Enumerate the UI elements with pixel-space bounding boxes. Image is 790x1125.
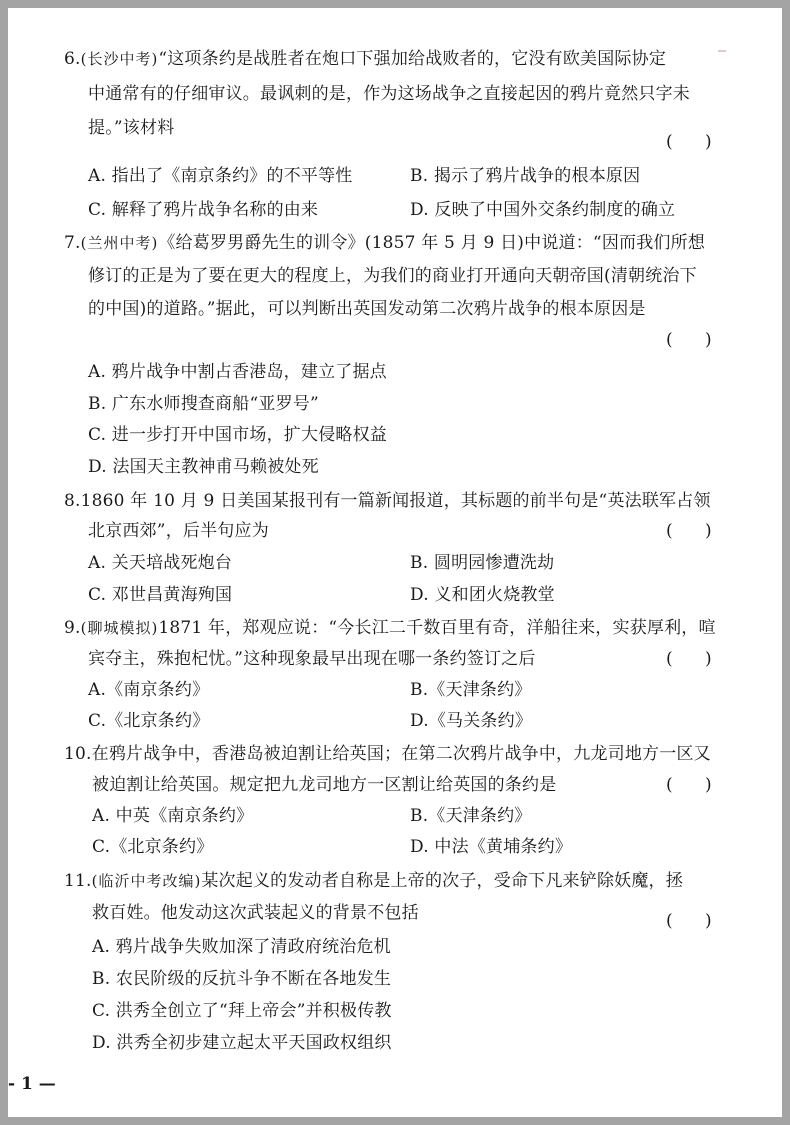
answer-blank[interactable]: ( ) — [666, 330, 712, 350]
answer-blank[interactable]: ( ) — [666, 521, 712, 541]
scan-mark — [718, 50, 726, 52]
question-8-line-1: 8.1860 年 10 月 9 日美国某报刊有一篇新闻报道，其标题的前半句是“英… — [64, 491, 711, 511]
option-a[interactable]: A. 鸦片战争中割占香港岛，建立了据点 — [88, 362, 387, 382]
question-9-line-1: 9.(聊城模拟)1871 年，郑观应说：“今长江二千数百里有奇，洋船往来，实获厚… — [64, 618, 716, 638]
question-number: 6. — [64, 49, 81, 69]
question-number: 8. — [64, 491, 81, 511]
option-a[interactable]: A.《南京条约》 — [88, 680, 209, 700]
question-source: (聊城模拟) — [81, 619, 159, 637]
option-d[interactable]: D. 洪秀全初步建立起太平天国政权组织 — [92, 1033, 392, 1053]
option-c[interactable]: C.《北京条约》 — [92, 837, 213, 857]
question-7-line-1: 7.(兰州中考)《给葛罗男爵先生的训令》(1857 年 5 月 9 日)中说道：… — [64, 233, 705, 253]
question-text: “这项条约是战胜者在炮口下强加给战败者的，它没有欧美国际协定 — [158, 49, 666, 69]
question-10-line-1: 10.在鸦片战争中，香港岛被迫割让给英国；在第二次鸦片战争中，九龙司地方一区又 — [64, 744, 711, 764]
answer-blank[interactable]: ( ) — [666, 775, 712, 795]
question-source: (临沂中考改编) — [92, 872, 202, 890]
question-text: 在鸦片战争中，香港岛被迫割让给英国；在第二次鸦片战争中，九龙司地方一区又 — [92, 744, 711, 764]
question-11-line-1: 11.(临沂中考改编)某次起义的发动者自称是上帝的次子，受命下凡来铲除妖魔，拯 — [64, 871, 683, 891]
option-d[interactable]: D. 反映了中国外交条约制度的确立 — [410, 200, 675, 220]
option-c[interactable]: C. 解释了鸦片战争名称的由来 — [88, 200, 318, 220]
option-a[interactable]: A. 中英《南京条约》 — [92, 806, 253, 826]
question-number: 11. — [64, 871, 92, 891]
question-6-line-3: 提。”该材料 — [88, 118, 174, 138]
question-11-line-2: 救百姓。他发动这次武装起义的背景不包括 — [92, 903, 419, 923]
option-a[interactable]: A. 指出了《南京条约》的不平等性 — [88, 166, 352, 186]
answer-blank[interactable]: ( ) — [666, 132, 712, 152]
question-number: 7. — [64, 233, 81, 253]
question-source: (兰州中考) — [81, 234, 159, 252]
option-b[interactable]: B. 广东水师搜查商船“亚罗号” — [88, 394, 319, 414]
option-c[interactable]: C. 邓世昌黄海殉国 — [88, 585, 232, 605]
option-b[interactable]: B.《天津条约》 — [410, 680, 532, 700]
option-a[interactable]: A. 鸦片战争失败加深了清政府统治危机 — [92, 937, 391, 957]
question-source: (长沙中考) — [81, 50, 159, 68]
question-10-line-2: 被迫割让给英国。规定把九龙司地方一区割让给英国的条约是 — [92, 775, 556, 795]
option-b[interactable]: B.《天津条约》 — [410, 806, 532, 826]
option-c[interactable]: C. 洪秀全创立了“拜上帝会”并积极传教 — [92, 1001, 392, 1021]
question-7-line-2: 修订的正是为了要在更大的程度上，为我们的商业打开通向天朝帝国(清朝统治下 — [88, 266, 697, 286]
page-number: - 1 — — [8, 1074, 56, 1094]
question-8-line-2: 北京西郊”，后半句应为 — [88, 521, 269, 541]
option-b[interactable]: B. 农民阶级的反抗斗争不断在各地发生 — [92, 969, 391, 989]
option-d[interactable]: D.《马关条约》 — [410, 711, 532, 731]
question-text: 1860 年 10 月 9 日美国某报刊有一篇新闻报道，其标题的前半句是“英法联… — [81, 491, 711, 511]
answer-blank[interactable]: ( ) — [666, 911, 712, 931]
option-c[interactable]: C.《北京条约》 — [88, 711, 209, 731]
question-text: 某次起义的发动者自称是上帝的次子，受命下凡来铲除妖魔，拯 — [201, 871, 683, 891]
question-7-line-3: 的中国)的道路。”据此，可以判断出英国发动第二次鸦片战争的根本原因是 — [88, 299, 646, 319]
option-d[interactable]: D. 义和团火烧教堂 — [410, 585, 555, 605]
question-6-line-2: 中通常有的仔细审议。最讽刺的是，作为这场战争之直接起因的鸦片竟然只字未 — [88, 84, 690, 104]
question-9-line-2: 宾夺主，殊抱杞忧。”这种现象最早出现在哪一条约签订之后 — [88, 649, 536, 669]
question-6-line-1: 6.(长沙中考)“这项条约是战胜者在炮口下强加给战败者的，它没有欧美国际协定 — [64, 49, 666, 69]
option-b[interactable]: B. 揭示了鸦片战争的根本原因 — [410, 166, 640, 186]
option-a[interactable]: A. 关天培战死炮台 — [88, 553, 232, 573]
question-text: 《给葛罗男爵先生的训令》(1857 年 5 月 9 日)中说道：“因而我们所想 — [158, 233, 705, 253]
option-d[interactable]: D. 法国天主教神甫马赖被处死 — [88, 457, 319, 477]
question-number: 9. — [64, 618, 81, 638]
option-d[interactable]: D. 中法《黄埔条约》 — [410, 837, 572, 857]
question-number: 10. — [64, 744, 92, 764]
worksheet-page: 6.(长沙中考)“这项条约是战胜者在炮口下强加给战败者的，它没有欧美国际协定 中… — [8, 8, 782, 1117]
question-text: 1871 年，郑观应说：“今长江二千数百里有奇，洋船往来，实获厚利，喧 — [158, 618, 715, 638]
option-b[interactable]: B. 圆明园惨遭洗劫 — [410, 553, 554, 573]
option-c[interactable]: C. 进一步打开中国市场，扩大侵略权益 — [88, 425, 387, 445]
answer-blank[interactable]: ( ) — [666, 649, 712, 669]
